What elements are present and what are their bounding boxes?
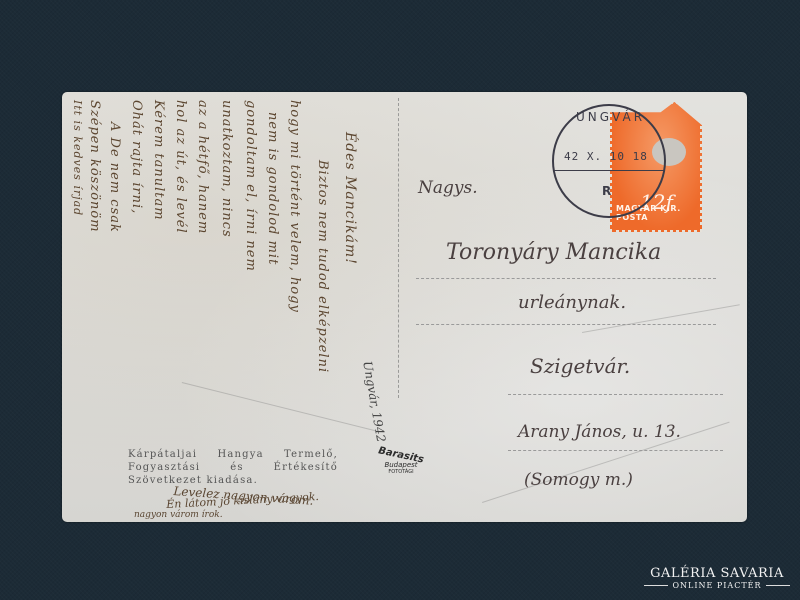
handwriting-column: Kérem tanultam [151, 100, 166, 221]
handwriting-column: nem is gondolod mit [265, 112, 280, 265]
postmark-bar [554, 170, 664, 171]
footer-handwriting: nagyon várom írok. [134, 510, 223, 520]
handwriting-column: Szépen köszönöm [87, 100, 102, 233]
postmark: UNGVÁR 42 X. 10 18 R [552, 104, 666, 218]
salutation: Édes Mancikám! [342, 132, 358, 265]
address-title: Nagys. [418, 178, 478, 198]
postmark-town: UNGVÁR [576, 110, 645, 124]
watermark-title: GALÉRIA SAVARIA [644, 566, 790, 581]
handwriting-column: A De nem csak [107, 122, 122, 233]
handwriting-column: az a hétfő, hanem [195, 100, 210, 234]
publisher-stamp: Barasits Budapest FOTOTÁGI [365, 450, 437, 475]
publisher-line: FOTOTÁGI [365, 469, 437, 475]
handwriting-column: gondoltam el, írni nem [243, 100, 258, 272]
watermark-subtitle-text: ONLINE PIACTÉR [672, 581, 761, 590]
address-street: Arany János, u. 13. [518, 422, 681, 442]
date-signature: Ungvár, 1942 [360, 360, 388, 443]
handwriting-column: Biztos nem tudod elképzelni [315, 160, 330, 373]
publisher-printed-text: Kárpátaljai Hangya Termelő, Fogyasztási … [128, 448, 338, 487]
address-recipient: Toronyáry Mancika [446, 240, 661, 265]
handwriting-column: Itt is kedves írjad [71, 100, 84, 216]
postcard: Itt is kedves írjad Szépen köszönöm A De… [62, 92, 747, 522]
address-county: (Somogy m.) [524, 470, 633, 490]
handwriting-column: hol az út, és levél [173, 100, 188, 234]
watermark: GALÉRIA SAVARIA ONLINE PIACTÉR [644, 566, 790, 590]
message-side: Itt is kedves írjad Szépen köszönöm A De… [62, 92, 402, 522]
handwriting-column: hogy mi történt velem, hogy [287, 100, 302, 313]
postmark-date: 42 X. 10 18 [564, 150, 648, 163]
watermark-subtitle: ONLINE PIACTÉR [644, 581, 790, 590]
postmark-code: R [602, 184, 611, 198]
handwriting-column: Ohát rajta írni, [129, 100, 144, 214]
center-divider [398, 98, 399, 398]
handwriting-column: unatkoztam, nincs [219, 100, 234, 238]
address-town: Szigetvár. [530, 354, 630, 378]
address-suffix: urleánynak. [518, 292, 626, 313]
